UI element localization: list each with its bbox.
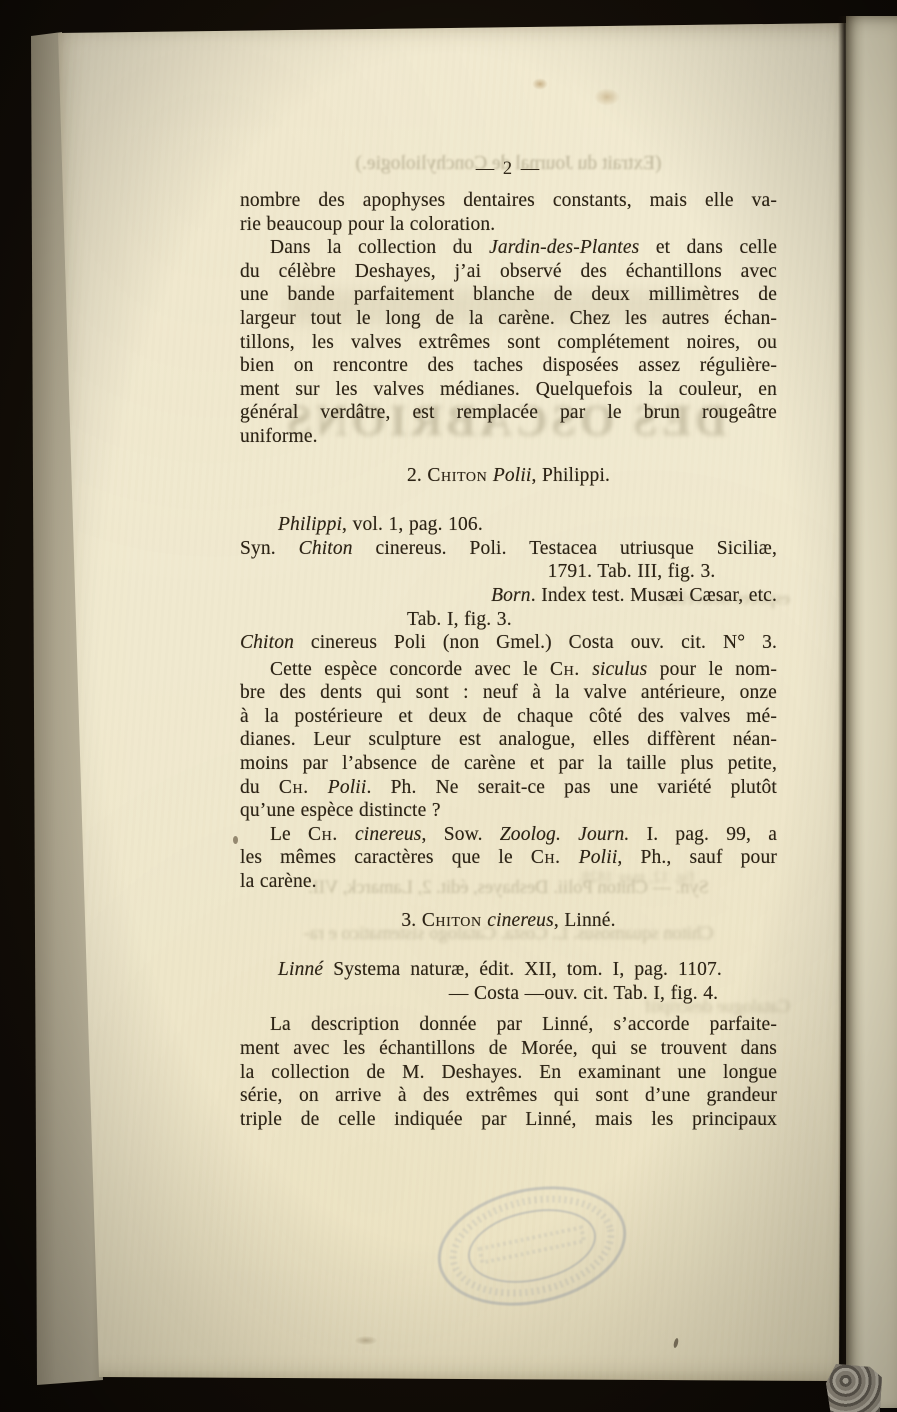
page-number: — 2 — [240,159,777,180]
text-line: largeur tout le long de la carène. Chez … [240,307,777,331]
text-line: Linné Systema naturæ, édit. XII, tom. I,… [240,958,777,982]
ink-speck [673,1338,679,1349]
text-line: les mêmes caractères que le Ch. Polii, P… [240,846,777,870]
text-line: qu’une espèce distincte ? [240,799,777,823]
text-line: général verdâtre, est remplacée par le b… [240,401,777,425]
text-line: Syn. Chiton cinereus. Poli. Testacea utr… [240,537,777,561]
text-line: bre des dents qui sont : neuf à la valve… [240,681,777,705]
text-line: uniforme. [240,425,777,449]
scan-background: (Extrait du Journal de Conchyliologie.) … [0,0,897,1412]
foxing-stain [594,88,620,106]
page-text: nombre des apophyses dentaires constants… [240,189,777,1131]
text-line: Le Ch. cinereus, Sow. Zoolog. Journ. I. … [240,823,777,847]
text-line: la carène. [240,870,777,894]
text-line: triple de celle indiquée par Linné, mais… [240,1108,777,1132]
ink-speck [233,836,238,844]
text-line: rie beaucoup pour la coloration. [240,213,777,237]
text-line: la collection de M. Deshayes. En examina… [240,1061,777,1085]
foxing-stain [532,78,548,90]
text-line: — Costa —ouv. cit. Tab. I, fig. 4. [240,982,777,1006]
text-line: moins par l’absence de carène et par la … [240,752,777,776]
next-page-edge [846,16,897,1408]
text-line: Philippi, vol. 1, pag. 106. [240,513,777,537]
foxing-stain [355,1336,377,1345]
text-line: Tab. I, fig. 3. [240,608,777,632]
text-line: La description donnée par Linné, s’accor… [240,1013,777,1037]
text-line: dianes. Leur sculpture est analogue, ell… [240,728,777,752]
text-line: 1791. Tab. III, fig. 3. [240,560,777,584]
book-page: (Extrait du Journal de Conchyliologie.) … [55,22,847,1382]
text-line: à la postérieure et deux de chaque côté … [240,705,777,729]
section-heading: 3. Chiton cinereus, Linné. [240,909,777,933]
text-line: Cette espèce concorde avec le Ch. siculu… [240,658,777,682]
text-line: nombre des apophyses dentaires constants… [240,189,777,213]
text-line: une bande parfaitement blanche de deux m… [240,283,777,307]
text-line: du célèbre Deshayes, j’ai observé des éc… [240,260,777,284]
marbled-binding-corner [826,1364,882,1412]
text-line: série, on arrive à des extrêmes qui sont… [240,1084,777,1108]
text-line: ment avec les échantillons de Morée, qui… [240,1037,777,1061]
text-line: ment sur les valves médianes. Quelquefoi… [240,378,777,402]
library-stamp [432,1178,632,1318]
text-line: tillons, les valves extrêmes sont complé… [240,331,777,355]
text-line: du Ch. Polii. Ph. Ne serait-ce pas une v… [240,776,777,800]
text-line: Chiton cinereus Poli (non Gmel.) Costa o… [240,631,777,655]
text-line: Born. Index test. Musæi Cæsar, etc. [240,584,777,608]
text-line: Dans la collection du Jardin-des-Plantes… [240,236,777,260]
section-heading: 2. Chiton Polii, Philippi. [240,464,777,488]
text-line: bien on rencontre des taches disposées a… [240,354,777,378]
